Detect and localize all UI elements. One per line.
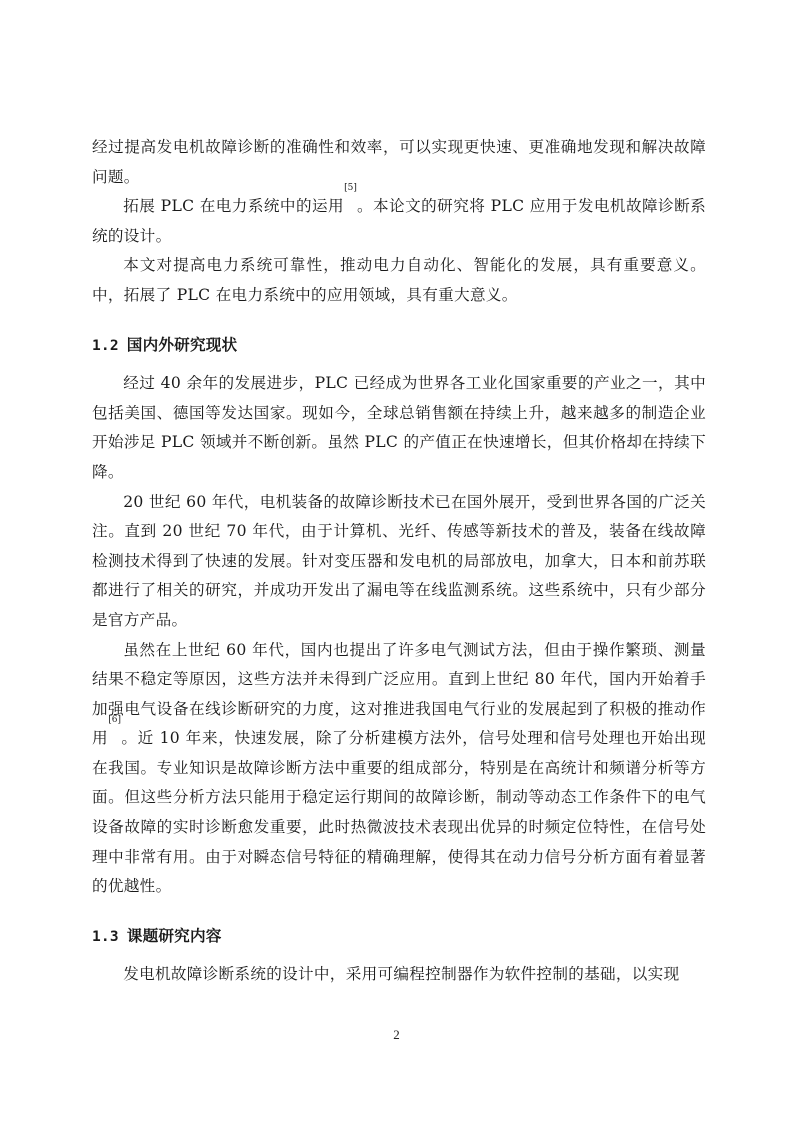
paragraph-1-2-2: 20 世纪 60 年代，电机装备的故障诊断技术已在国外展开，受到世界各国的广泛关… bbox=[92, 488, 706, 636]
paragraph-text: 20 世纪 60 年代，电机装备的故障诊断技术已在国外展开，受到世界各国的广泛关… bbox=[92, 493, 706, 629]
paragraph-1-2-1: 经过 40 余年的发展进步，PLC 已经成为世界各工业化国家重要的产业之一，其中… bbox=[92, 369, 706, 487]
paragraph-1-3-1: 发电机故障诊断系统的设计中，采用可编程控制器作为软件控制的基础，以实现 bbox=[92, 960, 706, 990]
citation-5[interactable]: [5] bbox=[344, 183, 357, 193]
paragraph-1-2-3: 虽然在上世纪 60 年代，国内也提出了许多电气测试方法，但由于操作繁琐、测量结果… bbox=[92, 636, 706, 902]
paragraph-intro-1: 经过提高发电机故障诊断的准确性和效率，可以实现更快速、更准确地发现和解决故障问题… bbox=[92, 133, 706, 192]
paragraph-text: 本文对提高电力系统可靠性，推动电力自动化、智能化的发展，具有重要意义。中，拓展了… bbox=[92, 256, 706, 304]
paragraph-text: 经过提高发电机故障诊断的准确性和效率，可以实现更快速、更准确地发现和解决故障问题… bbox=[92, 138, 706, 186]
paragraph-text: 。近 10 年来，快速发展，除了分析建模方法外，信号处理和信号处理也开始出现在我… bbox=[92, 729, 706, 895]
citation-6[interactable]: [6] bbox=[108, 715, 121, 725]
section-title: 国内外研究现状 bbox=[127, 336, 238, 354]
section-heading-1-2: 1.2国内外研究现状 bbox=[92, 331, 706, 362]
paragraph-text: 经过 40 余年的发展进步，PLC 已经成为世界各工业化国家重要的产业之一，其中… bbox=[92, 374, 706, 481]
section-title: 课题研究内容 bbox=[127, 927, 222, 945]
section-heading-1-3: 1.3课题研究内容 bbox=[92, 922, 706, 953]
page-number: 2 bbox=[0, 1027, 793, 1043]
section-number: 1.3 bbox=[92, 929, 119, 945]
paragraph-intro-2: 拓展 PLC 在电力系统中的运用[5]。本论文的研究将 PLC 应用于发电机故障… bbox=[92, 192, 706, 251]
section-number: 1.2 bbox=[92, 338, 119, 354]
paragraph-text: 发电机故障诊断系统的设计中，采用可编程控制器作为软件控制的基础，以实现 bbox=[123, 965, 679, 983]
document-page: 经过提高发电机故障诊断的准确性和效率，可以实现更快速、更准确地发现和解决故障问题… bbox=[92, 133, 706, 990]
paragraph-intro-3: 本文对提高电力系统可靠性，推动电力自动化、智能化的发展，具有重要意义。中，拓展了… bbox=[92, 251, 706, 310]
paragraph-text: 拓展 PLC 在电力系统中的运用 bbox=[123, 197, 344, 215]
